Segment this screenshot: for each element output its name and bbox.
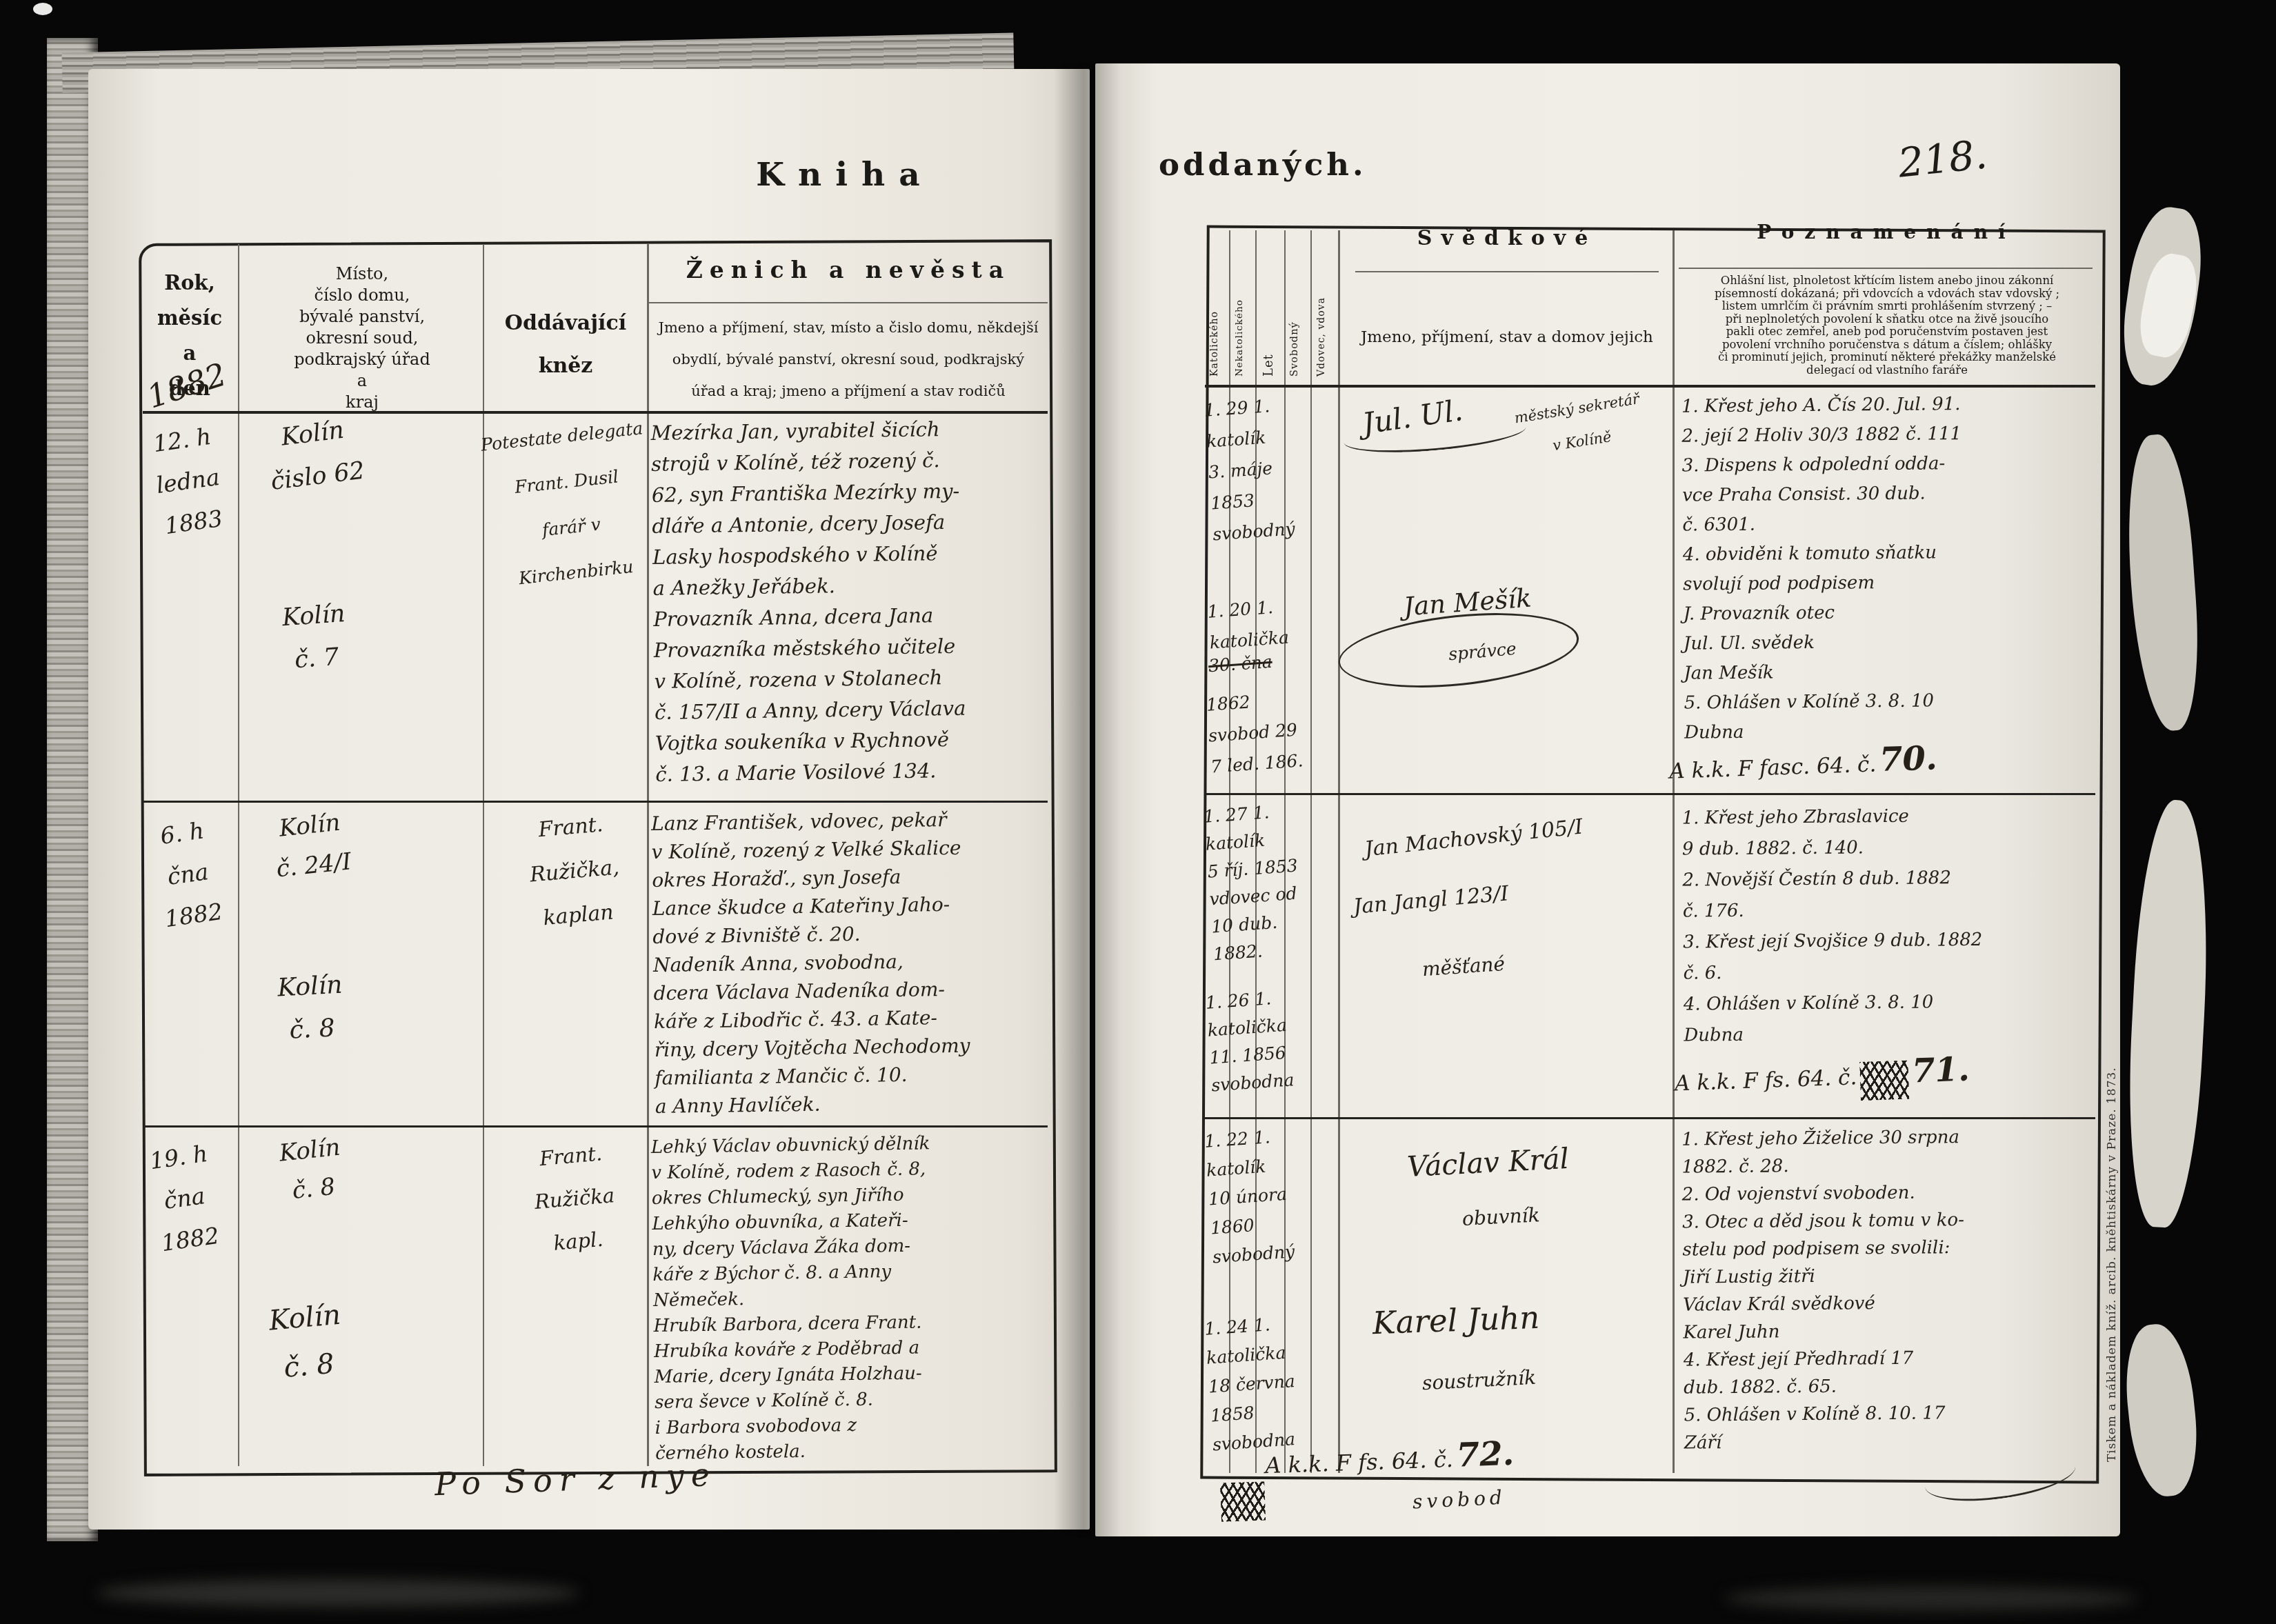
remarks-column-note: Ohlášní list, plnoletost křtícím listem …	[1680, 274, 2094, 377]
torn-edge-lower	[2122, 799, 2215, 1230]
row2-date: 6. h čna 1882	[133, 806, 243, 942]
printer-imprint: Tiskem a nákladem kníž. arcib. kněhtiská…	[2105, 814, 2119, 1462]
couple-column-title: Ženich a nevěsta	[652, 257, 1045, 283]
column-divider	[1673, 230, 1675, 1473]
row1-age-bride-cont: 1862 svobod 29 7 led. 186.	[1206, 681, 1343, 783]
crossed-out-number-scribble	[1859, 1060, 1909, 1100]
archive-reference: A k.k. F fs. 64. č.	[1265, 1446, 1454, 1478]
row2-priest: Frant. Ružička, kaplan	[490, 799, 659, 944]
row-rule	[143, 1125, 1048, 1127]
left-page-title: Kniha	[752, 156, 938, 194]
vertical-label-let: Let	[1261, 341, 1276, 377]
row1-remarks: 1. Křest jeho A. Čís 20. Jul. 91. 2. jej…	[1681, 388, 2098, 748]
crossed-out-number-scribble	[1220, 1481, 1266, 1521]
archive-number: 71.	[1911, 1050, 1970, 1091]
row-rule	[143, 801, 1048, 803]
row3-priest: Frant. Ružička kapl.	[490, 1127, 659, 1269]
torn-edge-bottom	[2119, 1321, 2204, 1500]
gutter-shadow	[1054, 62, 1120, 1538]
photographed-register-book: Kniha oddaných. 218. Rok, měsíc a den 18…	[0, 0, 2276, 1624]
row-rule	[1205, 793, 2095, 795]
bottom-shadow-blur	[97, 1579, 579, 1607]
place-column-header: Místo, číslo domu, bývalé panství, okres…	[243, 263, 481, 413]
column-divider	[1338, 230, 1340, 1473]
page-number: 218.	[1896, 130, 1990, 186]
row3-groom-bride-text: Lehký Václav obuvnický dělník v Kolíně, …	[651, 1130, 1050, 1467]
row3-place-bride: Kolín č. 8	[230, 1287, 383, 1396]
vertical-label-katolickeho: Katolického	[1209, 259, 1220, 377]
row2-groom-bride-text: Lanz František, vdovec, pekař v Kolíně, …	[651, 804, 1050, 1121]
archive-number: 72.	[1456, 1434, 1515, 1475]
row1-date: 12. h ledna 1883	[133, 413, 243, 549]
archive-number: 70.	[1879, 739, 1937, 779]
row3-age-groom: 1. 22 1. katolík 10 února 1860 svobodný	[1204, 1119, 1344, 1272]
row1-groom-bride-text: Mezírka Jan, vyrabitel šicích strojů v K…	[650, 412, 1050, 790]
vertical-label-nekatolickeho: Nekatolického	[1234, 245, 1245, 377]
row2-remarks: 1. Křest jeho Zbraslavice 9 dub. 1882. č…	[1681, 799, 2097, 1051]
row3-remarks: 1. Křest jeho Žiželice 30 srpna 1882. č.…	[1681, 1122, 2098, 1456]
row3-witness-2: Karel Juhn	[1372, 1299, 1540, 1341]
row-rule	[1205, 1117, 2095, 1119]
row1-place-groom: Kolín čislo 62	[238, 404, 392, 507]
row2-age-groom: 1. 27 1. katolík 5 říj. 1853 vdovec od 1…	[1203, 794, 1345, 969]
row3-place-groom: Kolín č. 8	[239, 1124, 385, 1215]
couple-column-subtitle: Jmeno a příjmení, stav, místo a čislo do…	[652, 312, 1045, 407]
row2-place-groom: Kolín č. 24/I	[239, 799, 384, 892]
archive-reference: A k.k. F fs. 64. č.	[1675, 1065, 1857, 1096]
row1-place-bride: Kolín č. 7	[247, 590, 383, 685]
row1-age-groom: 1. 29 1. katolík 3. máje 1853 svobodný	[1203, 386, 1344, 550]
row3-age-bride: 1. 24 1. katolička 18 června 1858 svobod…	[1204, 1306, 1344, 1460]
row3-witness-1-occupation: obuvník	[1461, 1203, 1540, 1230]
row1-age-bride: 1. 20 1. katolička	[1206, 587, 1341, 658]
right-page-title: oddaných.	[1159, 146, 1367, 183]
white-speck	[33, 3, 52, 15]
witness-header-rule	[1355, 271, 1659, 272]
witness-column-subtitle: Jmeno, příjmení, stav a domov jejich	[1344, 328, 1670, 346]
witness-column-title: Svědkové	[1341, 226, 1673, 250]
row1-priest: Potestate delegata Frant. Dusil farář v …	[474, 405, 664, 605]
vertical-label-vdovec-vdova: Vdovec, vdova	[1316, 259, 1327, 377]
row2-place-bride: Kolín č. 8	[243, 962, 379, 1054]
bottom-shadow-blur-right	[1724, 1586, 2138, 1611]
archive-reference: A k.k. F fasc. 64. č.	[1669, 752, 1877, 783]
vertical-label-svobodny: Svobodný	[1289, 290, 1300, 377]
row3-date: 19. h čna 1882	[130, 1130, 239, 1266]
priest-column-header: Oddávající kněz	[486, 302, 645, 388]
couple-header-rule	[649, 302, 1048, 303]
torn-edge-middle	[2121, 432, 2205, 732]
row2-age-bride: 1. 26 1. katolička 11. 1856 svobodna	[1205, 981, 1344, 1100]
remarks-column-title: Poznamenání	[1676, 221, 2097, 243]
remarks-header-rule	[1679, 268, 2093, 269]
